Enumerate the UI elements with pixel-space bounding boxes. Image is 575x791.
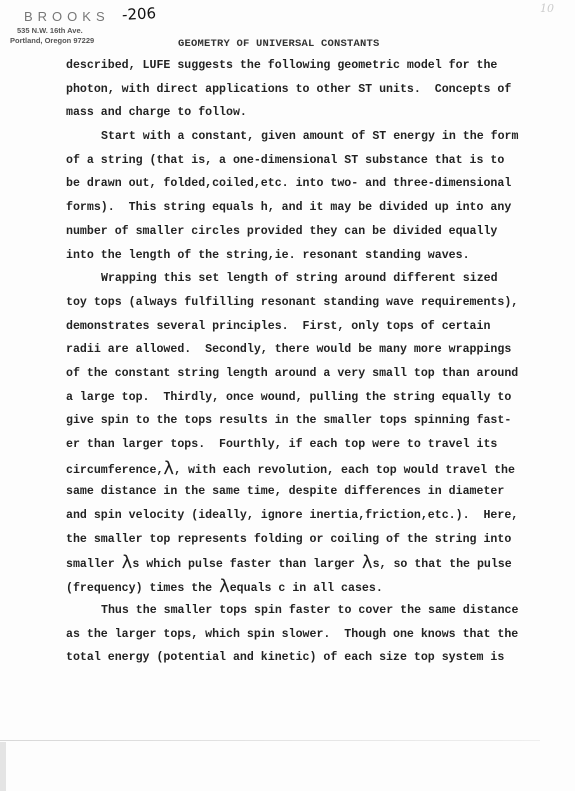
- text-segment: forms). This string equals h, and it may…: [66, 201, 511, 214]
- text-line: number of smaller circles provided they …: [66, 220, 536, 244]
- text-segment: total energy (potential and kinetic) of …: [66, 651, 504, 664]
- text-line: forms). This string equals h, and it may…: [66, 196, 536, 220]
- text-line: and spin velocity (ideally, ignore inert…: [66, 504, 536, 528]
- text-segment: of the constant string length around a v…: [66, 367, 518, 380]
- faint-corner-mark: 10: [540, 2, 554, 15]
- text-segment: smaller: [66, 558, 122, 571]
- text-segment: same distance in the same time, despite …: [66, 485, 504, 498]
- text-line: be drawn out, folded,coiled,etc. into tw…: [66, 172, 536, 196]
- text-line: into the length of the string,ie. resona…: [66, 244, 536, 268]
- text-line: a large top. Thirdly, once wound, pullin…: [66, 386, 536, 410]
- text-line: Thus the smaller tops spin faster to cov…: [66, 599, 536, 623]
- text-segment: number of smaller circles provided they …: [66, 225, 497, 238]
- text-segment: into the length of the string,ie. resona…: [66, 249, 470, 262]
- text-line: smaller λs which pulse faster than large…: [66, 551, 536, 575]
- text-line: of a string (that is, a one-dimensional …: [66, 149, 536, 173]
- text-segment: mass and charge to follow.: [66, 106, 247, 119]
- handwritten-page-number: -206: [122, 4, 157, 24]
- text-segment: er than larger tops. Fourthly, if each t…: [66, 438, 497, 451]
- text-line: photon, with direct applications to othe…: [66, 78, 536, 102]
- text-segment: s, so that the pulse: [373, 558, 512, 571]
- stamp-street: 535 N.W. 16th Ave.: [17, 26, 83, 35]
- text-line: same distance in the same time, despite …: [66, 480, 536, 504]
- text-segment: described, LUFE suggests the following g…: [66, 59, 497, 72]
- text-line: (frequency) times the λequals c in all c…: [66, 575, 536, 599]
- document-body: described, LUFE suggests the following g…: [66, 54, 536, 670]
- text-line: toy tops (always fulfilling resonant sta…: [66, 291, 536, 315]
- text-line: total energy (potential and kinetic) of …: [66, 646, 536, 670]
- lambda-symbol: λ: [163, 458, 174, 479]
- stamp-brand: BROOKS: [24, 9, 110, 24]
- text-line: of the constant string length around a v…: [66, 362, 536, 386]
- text-segment: a large top. Thirdly, once wound, pullin…: [66, 391, 511, 404]
- text-segment: the smaller top represents folding or co…: [66, 533, 511, 546]
- text-segment: toy tops (always fulfilling resonant sta…: [66, 296, 518, 309]
- text-segment: equals c in all cases.: [230, 582, 383, 595]
- text-segment: give spin to the tops results in the sma…: [66, 414, 511, 427]
- text-line: the smaller top represents folding or co…: [66, 528, 536, 552]
- text-line: Start with a constant, given amount of S…: [66, 125, 536, 149]
- text-line: demonstrates several principles. First, …: [66, 315, 536, 339]
- text-line: described, LUFE suggests the following g…: [66, 54, 536, 78]
- text-segment: be drawn out, folded,coiled,etc. into tw…: [66, 177, 511, 190]
- text-segment: and spin velocity (ideally, ignore inert…: [66, 509, 518, 522]
- text-line: er than larger tops. Fourthly, if each t…: [66, 433, 536, 457]
- text-segment: s which pulse faster than larger: [132, 558, 362, 571]
- text-segment: as the larger tops, which spin slower. T…: [66, 628, 518, 641]
- text-line: radii are allowed. Secondly, there would…: [66, 338, 536, 362]
- lambda-symbol: λ: [362, 552, 373, 573]
- text-line: Wrapping this set length of string aroun…: [66, 267, 536, 291]
- text-line: give spin to the tops results in the sma…: [66, 409, 536, 433]
- text-segment: Wrapping this set length of string aroun…: [101, 272, 498, 285]
- text-segment: circumference,: [66, 464, 163, 477]
- scan-edge-shadow: [0, 742, 6, 791]
- text-segment: Thus the smaller tops spin faster to cov…: [101, 604, 518, 617]
- text-segment: , with each revolution, each top would t…: [174, 464, 515, 477]
- text-segment: photon, with direct applications to othe…: [66, 83, 511, 96]
- text-segment: Start with a constant, given amount of S…: [101, 130, 518, 143]
- text-segment: demonstrates several principles. First, …: [66, 320, 490, 333]
- text-line: mass and charge to follow.: [66, 101, 536, 125]
- stamp-city: Portland, Oregon 97229: [10, 36, 94, 45]
- text-segment: radii are allowed. Secondly, there would…: [66, 343, 511, 356]
- lambda-symbol: λ: [122, 552, 133, 573]
- document-title: GEOMETRY OF UNIVERSAL CONSTANTS: [178, 38, 380, 50]
- lambda-symbol: λ: [219, 576, 230, 597]
- text-segment: (frequency) times the: [66, 582, 219, 595]
- text-line: as the larger tops, which spin slower. T…: [66, 623, 536, 647]
- text-line: circumference,λ, with each revolution, e…: [66, 457, 536, 481]
- text-segment: of a string (that is, a one-dimensional …: [66, 154, 504, 167]
- page-edge-divider: [0, 740, 540, 741]
